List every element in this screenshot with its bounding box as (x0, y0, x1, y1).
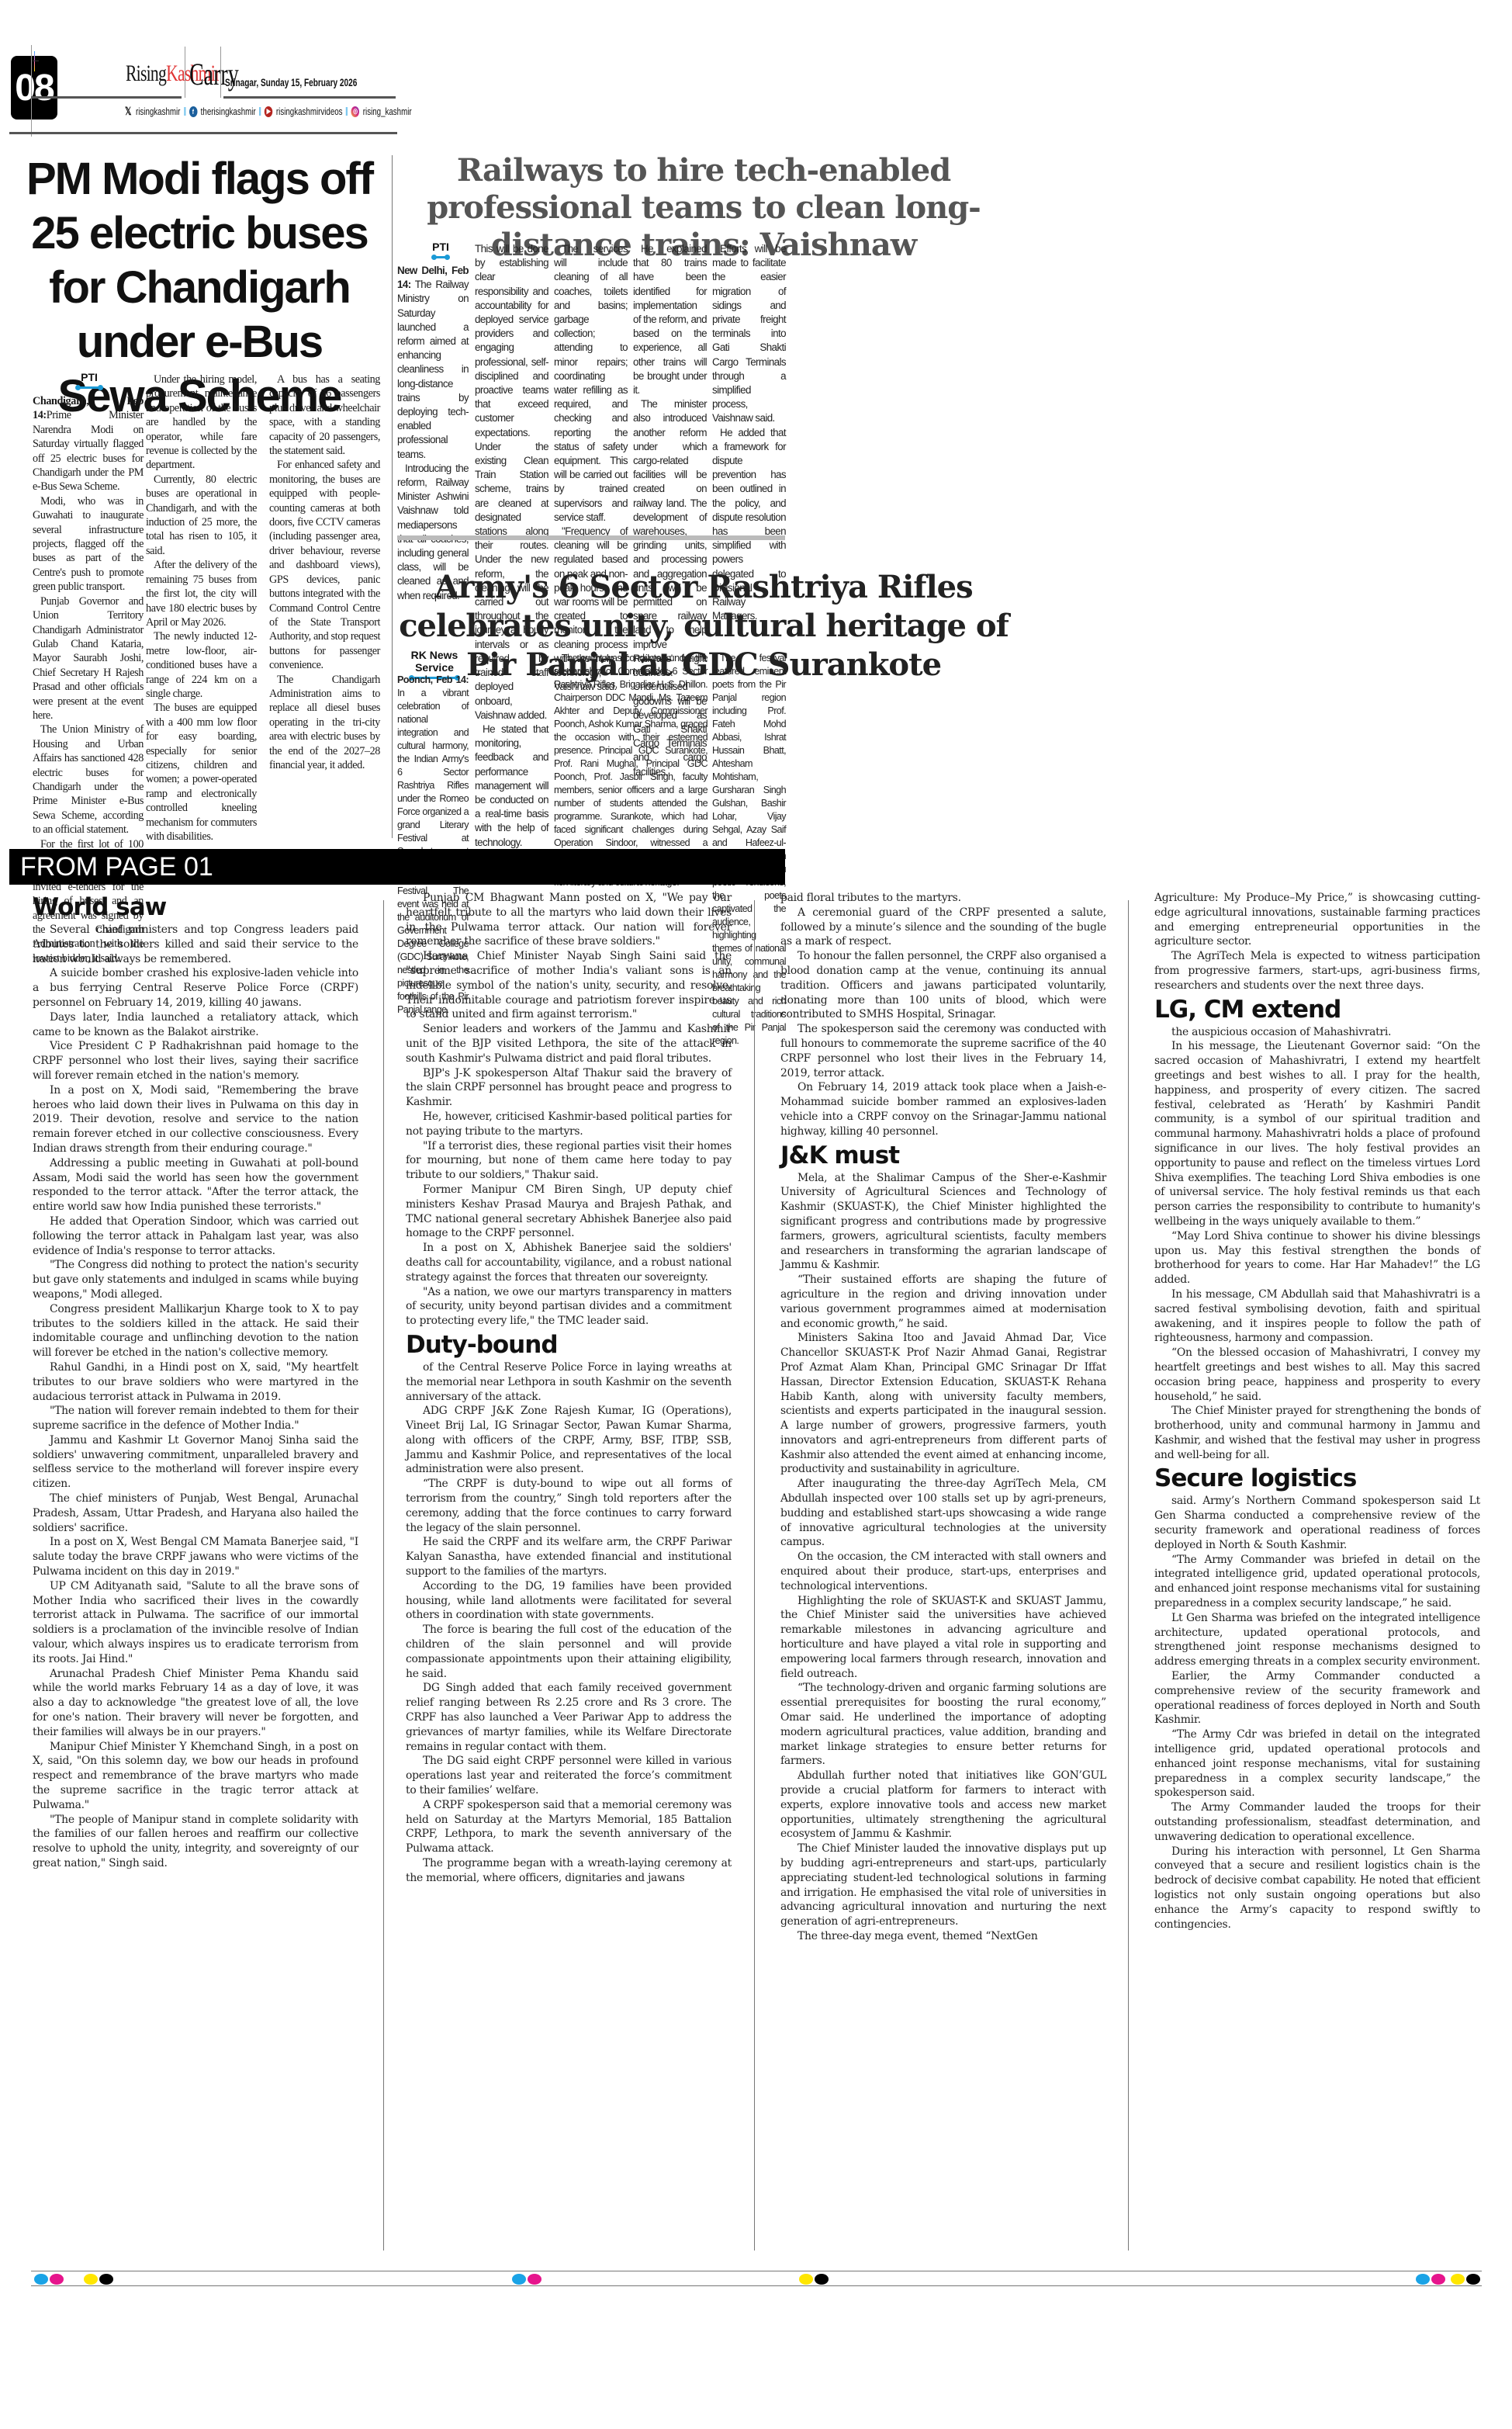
masthead-rule (223, 96, 396, 99)
black-swatch-icon (815, 2274, 829, 2285)
magenta-swatch-icon (528, 2274, 541, 2285)
magenta-swatch-icon (1431, 2274, 1445, 2285)
cyan-swatch-icon (1416, 2274, 1430, 2285)
continuation-column-2: Punjab CM Bhagwant Mann posted on X, "We… (406, 891, 732, 1886)
jump-heading-secure-logistics[interactable]: Secure logistics (1154, 1464, 1480, 1493)
article-column: This will be done by establishing clear … (475, 242, 548, 850)
byline-text: RK News Service (411, 649, 458, 674)
instagram-icon: ◎ (351, 106, 360, 117)
brand-rising: Rising (126, 61, 166, 86)
byline-railways: PTI (425, 241, 456, 258)
section-divider (397, 535, 785, 540)
youtube-icon: ▶ (265, 106, 273, 117)
column-divider (754, 900, 755, 2251)
print-color-bar (31, 2271, 1482, 2286)
facebook-icon: f (189, 106, 198, 117)
column-divider (383, 900, 384, 2251)
byline-text: PTI (81, 371, 98, 383)
masthead-divider (31, 45, 32, 137)
continuation-column-1: World saw Several chief ministers and to… (33, 891, 358, 1871)
continuation-column-4: Agriculture: My Produce–My Price,” is sh… (1154, 891, 1480, 1932)
jump-heading-jk-must[interactable]: J&K must (780, 1141, 1106, 1170)
article-column: A bus has a seating capacity of 36 passe… (269, 372, 380, 772)
x-icon: 𝕏 (124, 106, 133, 117)
column-divider (392, 155, 393, 838)
jump-heading-lg-cm-extend[interactable]: LG, CM extend (1154, 995, 1480, 1024)
masthead-bottom-rule (9, 132, 397, 134)
yellow-swatch-icon (84, 2274, 98, 2285)
masthead-rule (31, 96, 182, 99)
byline-text: PTI (432, 241, 449, 253)
byline-underline-icon (434, 256, 448, 258)
article-column: Efforts will be made to facilitate the e… (712, 242, 786, 623)
jump-heading-duty-bound[interactable]: Duty-bound (406, 1330, 732, 1360)
separator (259, 107, 261, 116)
black-swatch-icon (1466, 2274, 1480, 2285)
separator (346, 107, 348, 116)
byline-underline-icon (78, 386, 101, 389)
social-handle-instagram[interactable]: rising_kashmir (363, 106, 412, 117)
masthead-divider (185, 47, 185, 98)
yellow-swatch-icon (1451, 2274, 1465, 2285)
black-swatch-icon (99, 2274, 113, 2285)
masthead-divider (220, 47, 221, 98)
registration-mark-icon (33, 51, 45, 71)
jump-heading-world-saw[interactable]: World saw (33, 892, 358, 922)
separator (184, 107, 185, 116)
cyan-swatch-icon (34, 2274, 48, 2285)
issue-dateline: Srinagar, Sunday 15, February 2026 (225, 76, 357, 88)
from-page-banner: FROM PAGE 01 (9, 849, 785, 885)
social-handle-youtube[interactable]: risingkashmirvideos (276, 106, 343, 117)
article-column: New Delhi, Feb 14: The Railway Ministry … (397, 264, 469, 603)
magenta-swatch-icon (50, 2274, 64, 2285)
social-handles: 𝕏 risingkashmir f therisingkashmir ▶ ris… (124, 106, 412, 117)
byline-ebus: PTI (47, 371, 132, 389)
continuation-column-3: paid floral tributes to the martyrs. A c… (780, 891, 1106, 1944)
yellow-swatch-icon (799, 2274, 813, 2285)
social-handle-x[interactable]: risingkashmir (136, 106, 180, 117)
social-handle-facebook[interactable]: therisingkashmir (201, 106, 256, 117)
article-dateline: Poonch, Feb 14: (397, 674, 469, 685)
article-column: Under the hiring model, procurement, mai… (146, 372, 257, 844)
column-divider (1128, 900, 1129, 2251)
cyan-swatch-icon (512, 2274, 526, 2285)
